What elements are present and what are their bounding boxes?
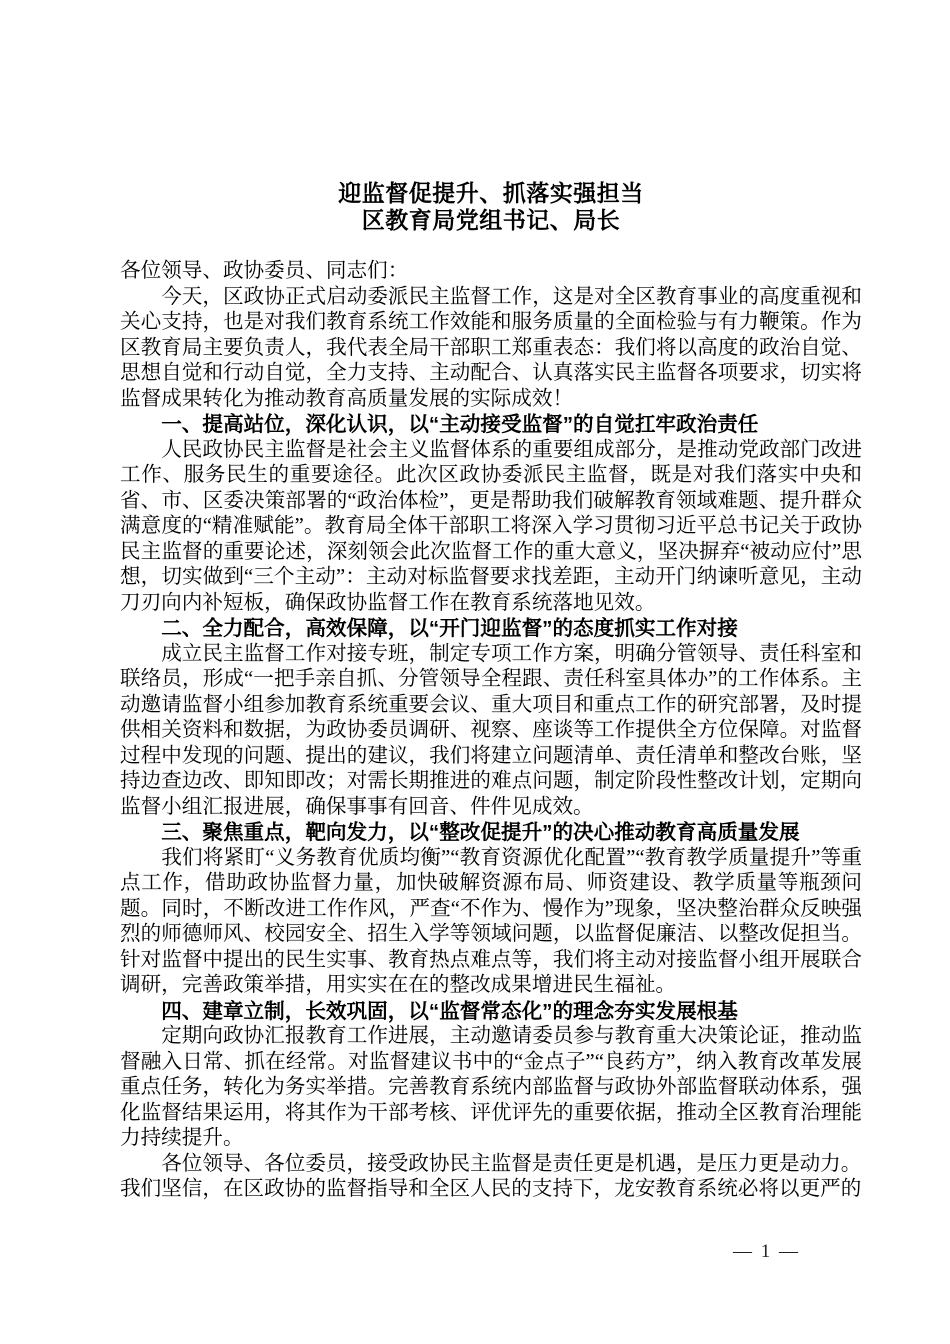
heading-section-1: 一、提高站位，深化认识，以“主动接受监督”的自觉扛牢政治责任 [120, 412, 862, 438]
document-content: 迎监督促提升、抓落实强担当 区教育局党组书记、局长 各位领导、政协委员、同志们：… [120, 180, 862, 1203]
heading-section-4: 四、建章立制，长效巩固，以“监督常态化”的理念夯实发展根基 [120, 999, 862, 1025]
paragraph-section-1: 人民政协民主监督是社会主义监督体系的重要组成部分，是推动党政部门改进工作、服务民… [120, 438, 862, 617]
paragraph-section-4: 定期向政协汇报教育工作进展，主动邀请委员参与教育重大决策论证，推动监督融入日常、… [120, 1024, 862, 1152]
document-title: 迎监督促提升、抓落实强担当 [120, 180, 862, 207]
paragraph-closing: 各位领导、各位委员，接受政协民主监督是责任更是机遇，是压力更是动力。我们坚信，在… [120, 1152, 862, 1203]
paragraph-section-3: 我们将紧盯“义务教育优质均衡”“教育资源优化配置”“教育教学质量提升”等重点工作… [120, 846, 862, 999]
paragraph-opening: 今天，区政协正式启动委派民主监督工作，这是对全区教育事业的高度重视和关心支持，也… [120, 285, 862, 413]
paragraph-section-2: 成立民主监督工作对接专班，制定专项工作方案，明确分管领导、责任科室和联络员，形成… [120, 642, 862, 821]
salutation: 各位领导、政协委员、同志们： [120, 259, 862, 285]
page-number: — 1 — [733, 1240, 800, 1264]
document-page: 迎监督促提升、抓落实强担当 区教育局党组书记、局长 各位领导、政协委员、同志们：… [0, 0, 950, 1344]
heading-section-2: 二、全力配合，高效保障，以“开门迎监督”的态度抓实工作对接 [120, 616, 862, 642]
document-subtitle: 区教育局党组书记、局长 [120, 207, 862, 234]
heading-section-3: 三、聚焦重点，靶向发力，以“整改促提升”的决心推动教育高质量发展 [120, 820, 862, 846]
